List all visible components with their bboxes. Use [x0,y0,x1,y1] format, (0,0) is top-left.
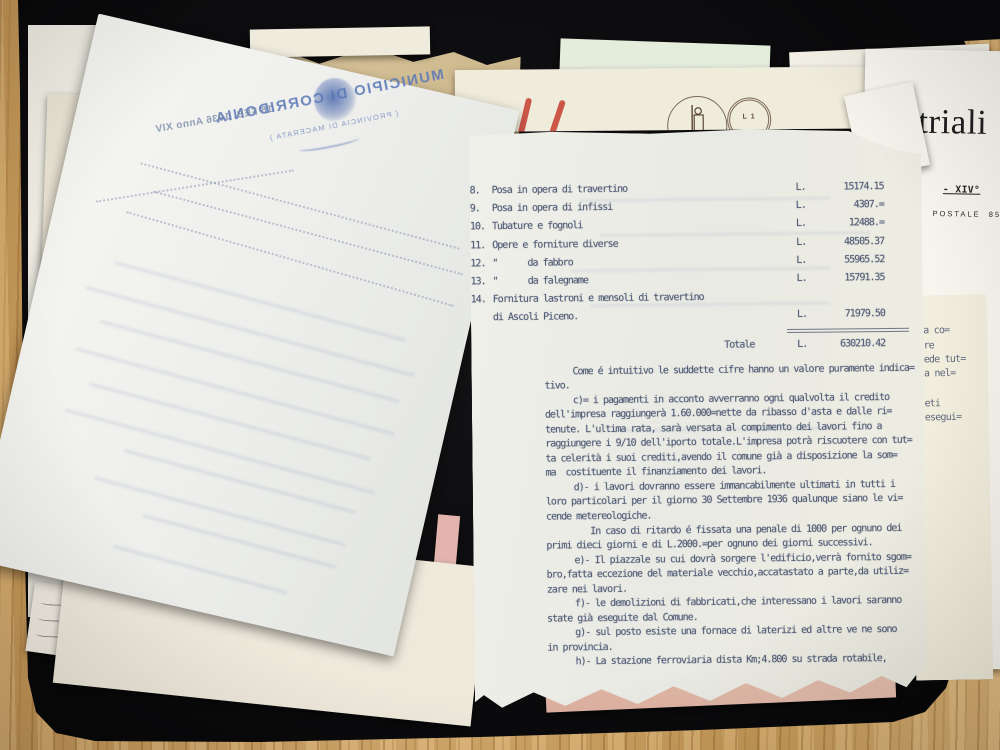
line-fragment: eti [924,398,940,409]
total-currency: L. [797,336,807,352]
revenue-stamp-seal: L 1 [727,97,771,132]
typewritten-estimate-page: 8.Posa in opera di travertinoL.15174.15 … [469,126,927,711]
page-content: 8.Posa in opera di travertinoL.15174.15 … [469,126,927,711]
postale-line: POSTALE 85 [932,209,1000,219]
line-fragment: a co= [923,325,949,336]
line-fragment: a nel= [924,368,956,380]
total-amount: 630210.42 [840,336,885,352]
stacked-sheet-edge [250,26,430,57]
line-fragment: esegui= [925,412,962,424]
body-text: Come é intuitivo le suddette cifre hanno… [471,361,926,671]
statue-seal-icon [667,96,728,132]
line-fragment: re [923,340,934,351]
cost-items-list: 8.Posa in opera di travertinoL.15174.15 … [470,178,923,328]
black-folder-flap [878,0,1000,45]
red-pencil-mark [546,99,566,132]
cost-item-row: di Ascoli Piceno.L.71979.50 [471,305,923,328]
line-fragment: ede tut= [924,354,966,366]
fascist-era-year: - XIV° [943,184,981,196]
total-label: Totale [724,337,754,353]
revenue-seal-value: L 1 [743,113,756,120]
total-row: Totale L. 630210.42 [471,335,923,356]
archival-documents-photo: L 1 striali - XIV° POSTALE 85 a co= re e… [0,0,1000,750]
total-rule [787,327,909,332]
